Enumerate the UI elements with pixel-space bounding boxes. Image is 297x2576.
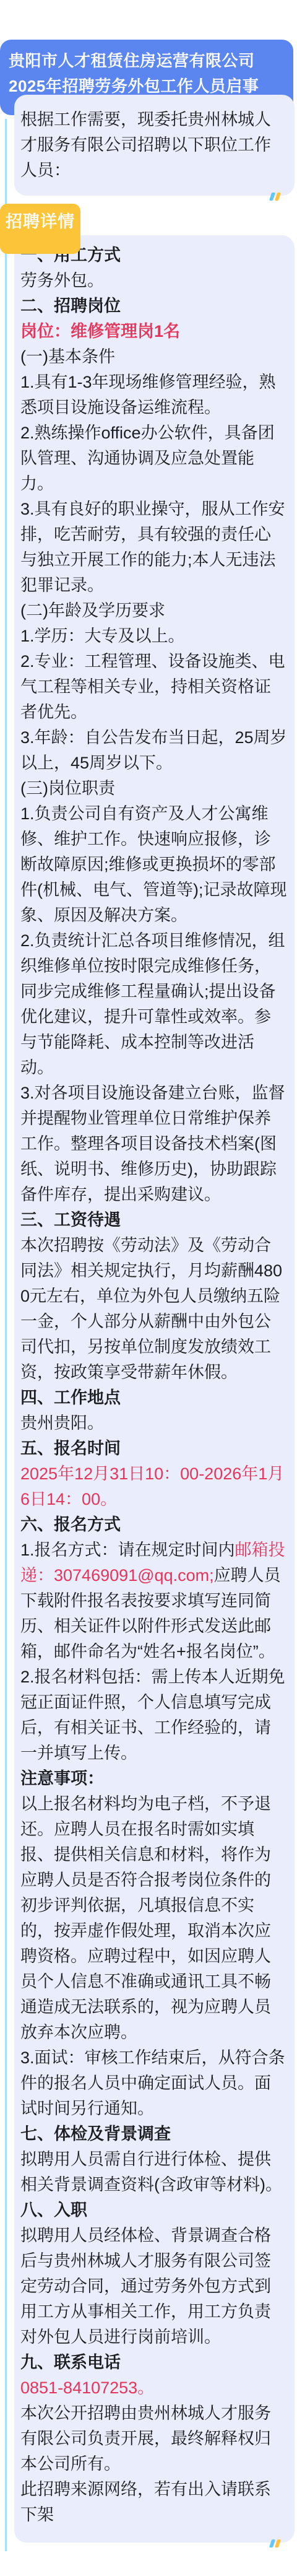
highlighted-text: 2025年12月31日10：00-2026年1月6日14：00。 (20, 1461, 287, 1512)
recruit-details-badge: 招聘详情 (0, 204, 80, 254)
details-card: 一、用工方式劳务外包。二、招聘岗位岗位：维修管理岗1名(一)基本条件1.具有1-… (14, 235, 295, 2543)
paragraph: 1.负责公司自有资产及人才公寓维修、维护工作。快速响应报修，诊断故障原因;维修或… (20, 801, 287, 928)
paragraph: 2.报名材料包括：需上传本人近期免冠正面证件照，个人信息填写完成后，有相关证书、… (20, 1664, 287, 1766)
paragraph: 1.报名方式：请在规定时间内邮箱投递：307469091@qq.com;应聘人员… (20, 1538, 287, 1664)
paragraph: 贵州贵阳。 (20, 1411, 287, 1436)
left-accent-line (5, 119, 7, 2551)
paragraph: 1.学历：大专及以上。 (20, 624, 287, 649)
paragraph: 拟聘用人员需自行进行体检、提供相关背景调查资料(含政审等材料)。 (20, 2147, 287, 2198)
page-title: 贵阳市人才租赁住房运营有限公司2025年招聘劳务外包工作人员启事 (9, 48, 286, 99)
paragraph: 此招聘来源网络，若有出入请联系下架 (20, 2477, 287, 2528)
paragraph: 本次公开招聘由贵州林城人才服务有限公司负责开展，最终解释权归本公司所有。 (20, 2401, 287, 2477)
paragraph: (一)基本条件 (20, 344, 287, 370)
highlighted-text: 0851-84107253。 (20, 2375, 287, 2401)
section-heading: 八、入职 (20, 2198, 287, 2223)
section-heading: 三、工资待遇 (20, 1207, 287, 1233)
paragraph: 3.面试：审核工作结束后，从符合条件的报名人员中确定面试人员。面试时间另行通知。 (20, 2045, 287, 2121)
paragraph: 拟聘用人员经体检、背景调查合格后与贵州林城人才服务有限公司签定劳动合同，通过劳务… (20, 2223, 287, 2350)
paragraph: (二)年龄及学历要求 (20, 598, 287, 624)
section-heading: 注意事项： (20, 1766, 287, 1791)
paragraph: 2.专业：工程管理、设备设施类、电气工程等相关专业，持相关资格证者优先。 (20, 649, 287, 725)
paragraph: 3.具有良好的职业操守，服从工作安排，吃苦耐劳，具有较强的责任心与独立开展工作的… (20, 497, 287, 598)
section-heading: 七、体检及背景调查 (20, 2121, 287, 2147)
announcement-page: 贵阳市人才租赁住房运营有限公司2025年招聘劳务外包工作人员启事 根据工作需要，… (0, 0, 297, 2576)
paragraph: 3.对各项目设施设备建立台账，监督并提醒物业管理单位日常维护保养工作。整理各项目… (20, 1081, 287, 1207)
paragraph: (三)岗位职责 (20, 776, 287, 801)
section-heading: 九、联系电话 (20, 2350, 287, 2375)
text-segment: 1.报名方式：请在规定时间内 (20, 1541, 235, 1559)
paragraph: 1.具有1-3年现场维修管理经验，熟悉项目设施设备运维流程。 (20, 370, 287, 420)
details-content: 一、用工方式劳务外包。二、招聘岗位岗位：维修管理岗1名(一)基本条件1.具有1-… (20, 243, 287, 2528)
quote-close-icon (269, 193, 280, 201)
intro-card: 根据工作需要，现委托贵州林城人才服务有限公司招聘以下职位工作人员： (14, 95, 295, 196)
paragraph: 3.年龄：自公告发布当日起，25周岁以上，45周岁以下。 (20, 725, 287, 776)
section-heading: 四、工作地点 (20, 1385, 287, 1411)
section-heading: 五、报名时间 (20, 1436, 287, 1461)
intro-text: 根据工作需要，现委托贵州林城人才服务有限公司招聘以下职位工作人员： (20, 107, 286, 183)
paragraph: 以上报名材料均为电子档，不予退还。应聘人员在报名时需如实填报、提供相关信息和材料… (20, 1791, 287, 2045)
quote-close-icon (269, 2539, 280, 2548)
section-heading: 二、招聘岗位 (20, 294, 287, 319)
section-heading: 六、报名方式 (20, 1512, 287, 1538)
paragraph: 2.负责统计汇总各项目维修情况，组织维修单位按时限完成维修任务，同步完成维修工程… (20, 928, 287, 1081)
paragraph: 本次招聘按《劳动法》及《劳动合同法》相关规定执行，月均薪酬4800元左右，单位为… (20, 1233, 287, 1385)
paragraph: 劳务外包。 (20, 268, 287, 294)
quote-yellow-stroke (275, 193, 281, 201)
quote-yellow-stroke (275, 2539, 281, 2548)
paragraph: 2.熟练操作office办公软件，具备团队管理、沟通协调及应急处置能力。 (20, 420, 287, 497)
position-heading: 岗位：维修管理岗1名 (20, 319, 287, 344)
